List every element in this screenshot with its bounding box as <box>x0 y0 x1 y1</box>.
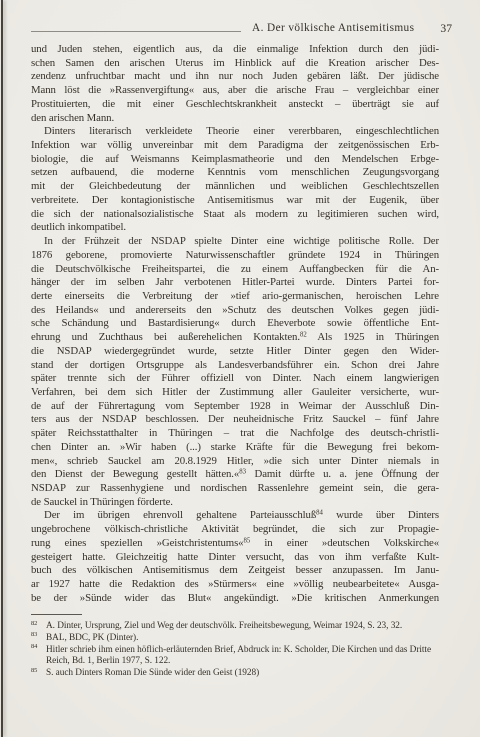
footnote-item: 82A. Dinter, Ursprung, Ziel und Weg der … <box>31 621 439 633</box>
footnote-marker: 83 <box>31 631 37 638</box>
footnote-marker: 84 <box>31 643 37 650</box>
body-line: rung eines speziellen »Geistchristentums… <box>31 537 439 551</box>
footnote-ref: 83 <box>239 469 246 476</box>
body-line: Dinters literarisch verkleidete Theorie … <box>31 125 439 139</box>
body-line: NSDAP zur Rassenhygiene und nordischen R… <box>31 482 439 496</box>
footnote-separator <box>31 614 82 615</box>
page-header: A. Der völkische Antisemitismus 37 <box>31 20 452 36</box>
body-line: sche Schändung und Bastardisierung« durc… <box>31 317 439 331</box>
body-line: ungebrochene völkisch-christliche Aktivi… <box>31 523 439 537</box>
body-line: deutlich inkompatibel. <box>31 221 439 235</box>
footnote-item: 85S. auch Dinters Roman Die Sünde wider … <box>31 668 439 680</box>
footnotes: 82A. Dinter, Ursprung, Ziel und Weg der … <box>31 614 439 680</box>
body-line: ar 1927 hatte die Redaktion des »Stürmer… <box>31 578 439 592</box>
body-line: zendenz unfruchtbar macht und ihn nur no… <box>31 70 439 84</box>
body-line: Infektion war völlig unvereinbar mit dem… <box>31 139 439 153</box>
page: A. Der völkische Antisemitismus 37 und J… <box>0 0 480 737</box>
body-line: setzen aufbauend, die moderne Kenntnis v… <box>31 166 439 180</box>
body-line: chen Dinter an. »Wir haben (...) starke … <box>31 441 439 455</box>
body-line: 1876 geborene, promovierte Naturwissensc… <box>31 249 439 263</box>
body-line: Verfahren, bei dem sich Hitler der Zusti… <box>31 386 439 400</box>
body-line: später Reichsstatthalter in Thüringen – … <box>31 427 439 441</box>
body-line: ters aus der NSDAP beschlossen. Der neuh… <box>31 413 439 427</box>
body-line: den arischen Mann. <box>31 112 439 126</box>
body-line: Prostituierten, die mit einer Geschlecht… <box>31 98 439 112</box>
body-paragraph: Dinters literarisch verkleidete Theorie … <box>31 125 439 235</box>
body-line: be der »Sünde wider das Blut« angekündig… <box>31 592 439 606</box>
body-line: die sich der nationalsozialistische Staa… <box>31 208 439 222</box>
header-rule <box>31 31 241 32</box>
footnote-ref: 85 <box>243 537 250 544</box>
body-line: de Sauckel in Thüringen förderte. <box>31 496 439 510</box>
body-paragraph: Der im übrigen ehrenvoll gehaltene Parte… <box>31 509 439 605</box>
body-line: die NSDAP wiedergegründet wurde, setzte … <box>31 345 439 359</box>
footnote-text: Hitler schrieb ihm einen höflich-erläute… <box>46 645 431 667</box>
body-line: später trennte sich der Führer offiziell… <box>31 372 439 386</box>
footnote-ref: 84 <box>316 510 323 517</box>
body-line: Der im übrigen ehrenvoll gehaltene Parte… <box>31 509 439 523</box>
body-line: Mann löst die »Rassenvergiftung« aus, ab… <box>31 84 439 98</box>
footnote-marker: 85 <box>31 667 37 674</box>
footnote-text: A. Dinter, Ursprung, Ziel und Weg der de… <box>46 621 402 631</box>
footnote-ref: 82 <box>300 332 307 339</box>
page-number: 37 <box>440 22 452 35</box>
body-line: mit der Gleichbedeutung der männlichen u… <box>31 180 439 194</box>
footnote-text: S. auch Dinters Roman Die Sünde wider de… <box>46 668 259 678</box>
body-line: verbreitete. Der kontagionistische Antis… <box>31 194 439 208</box>
chapter-title: A. Der völkische Antisemitismus <box>252 22 414 34</box>
body-paragraph: In der Frühzeit der NSDAP spielte Dinter… <box>31 235 439 509</box>
body-line: und Juden stehen, eigentlich aus, da die… <box>31 43 439 57</box>
body-line: ehrung und Zuchthaus bei außerehelichen … <box>31 331 439 345</box>
footnote-text: BAL, BDC, PK (Dinter). <box>46 633 138 643</box>
body-line: stand der dortigen Ortsgruppe als Landes… <box>31 359 439 373</box>
footnote-item: 84Hitler schrieb ihm einen höflich-erläu… <box>31 645 439 669</box>
footnote-list: 82A. Dinter, Ursprung, Ziel und Weg der … <box>31 621 439 680</box>
body-line: schen Samen den arischen Uterus im Hinbl… <box>31 57 439 71</box>
body-line: des Heilands« und andererseits den »Schu… <box>31 304 439 318</box>
body-line: buch des völkischen Antisemitismus dem Z… <box>31 564 439 578</box>
footnote-marker: 82 <box>31 620 37 627</box>
body-line: den Dienst der Bewegung gestellt hätten.… <box>31 468 439 482</box>
body-text: und Juden stehen, eigentlich aus, da die… <box>31 43 439 605</box>
body-line: In der Frühzeit der NSDAP spielte Dinter… <box>31 235 439 249</box>
body-line: derte einerseits die Verbreitung der »ti… <box>31 290 439 304</box>
body-line: men«, schrieb Sauckel am 20.8.1929 Hitle… <box>31 455 439 469</box>
body-paragraph: und Juden stehen, eigentlich aus, da die… <box>31 43 439 125</box>
body-line: de auf der Führertagung vom September 19… <box>31 400 439 414</box>
body-line: biologie, die auf Weismanns Keimplasmath… <box>31 153 439 167</box>
body-line: hänger der im selben Jahr verbotenen Hit… <box>31 276 439 290</box>
body-line: die Deutschvölkische Freiheitspartei, di… <box>31 263 439 277</box>
body-line: gesteigert hatte. Gleichzeitig hatte Din… <box>31 551 439 565</box>
footnote-item: 83BAL, BDC, PK (Dinter). <box>31 633 439 645</box>
page-edge-shadow <box>1 0 3 737</box>
